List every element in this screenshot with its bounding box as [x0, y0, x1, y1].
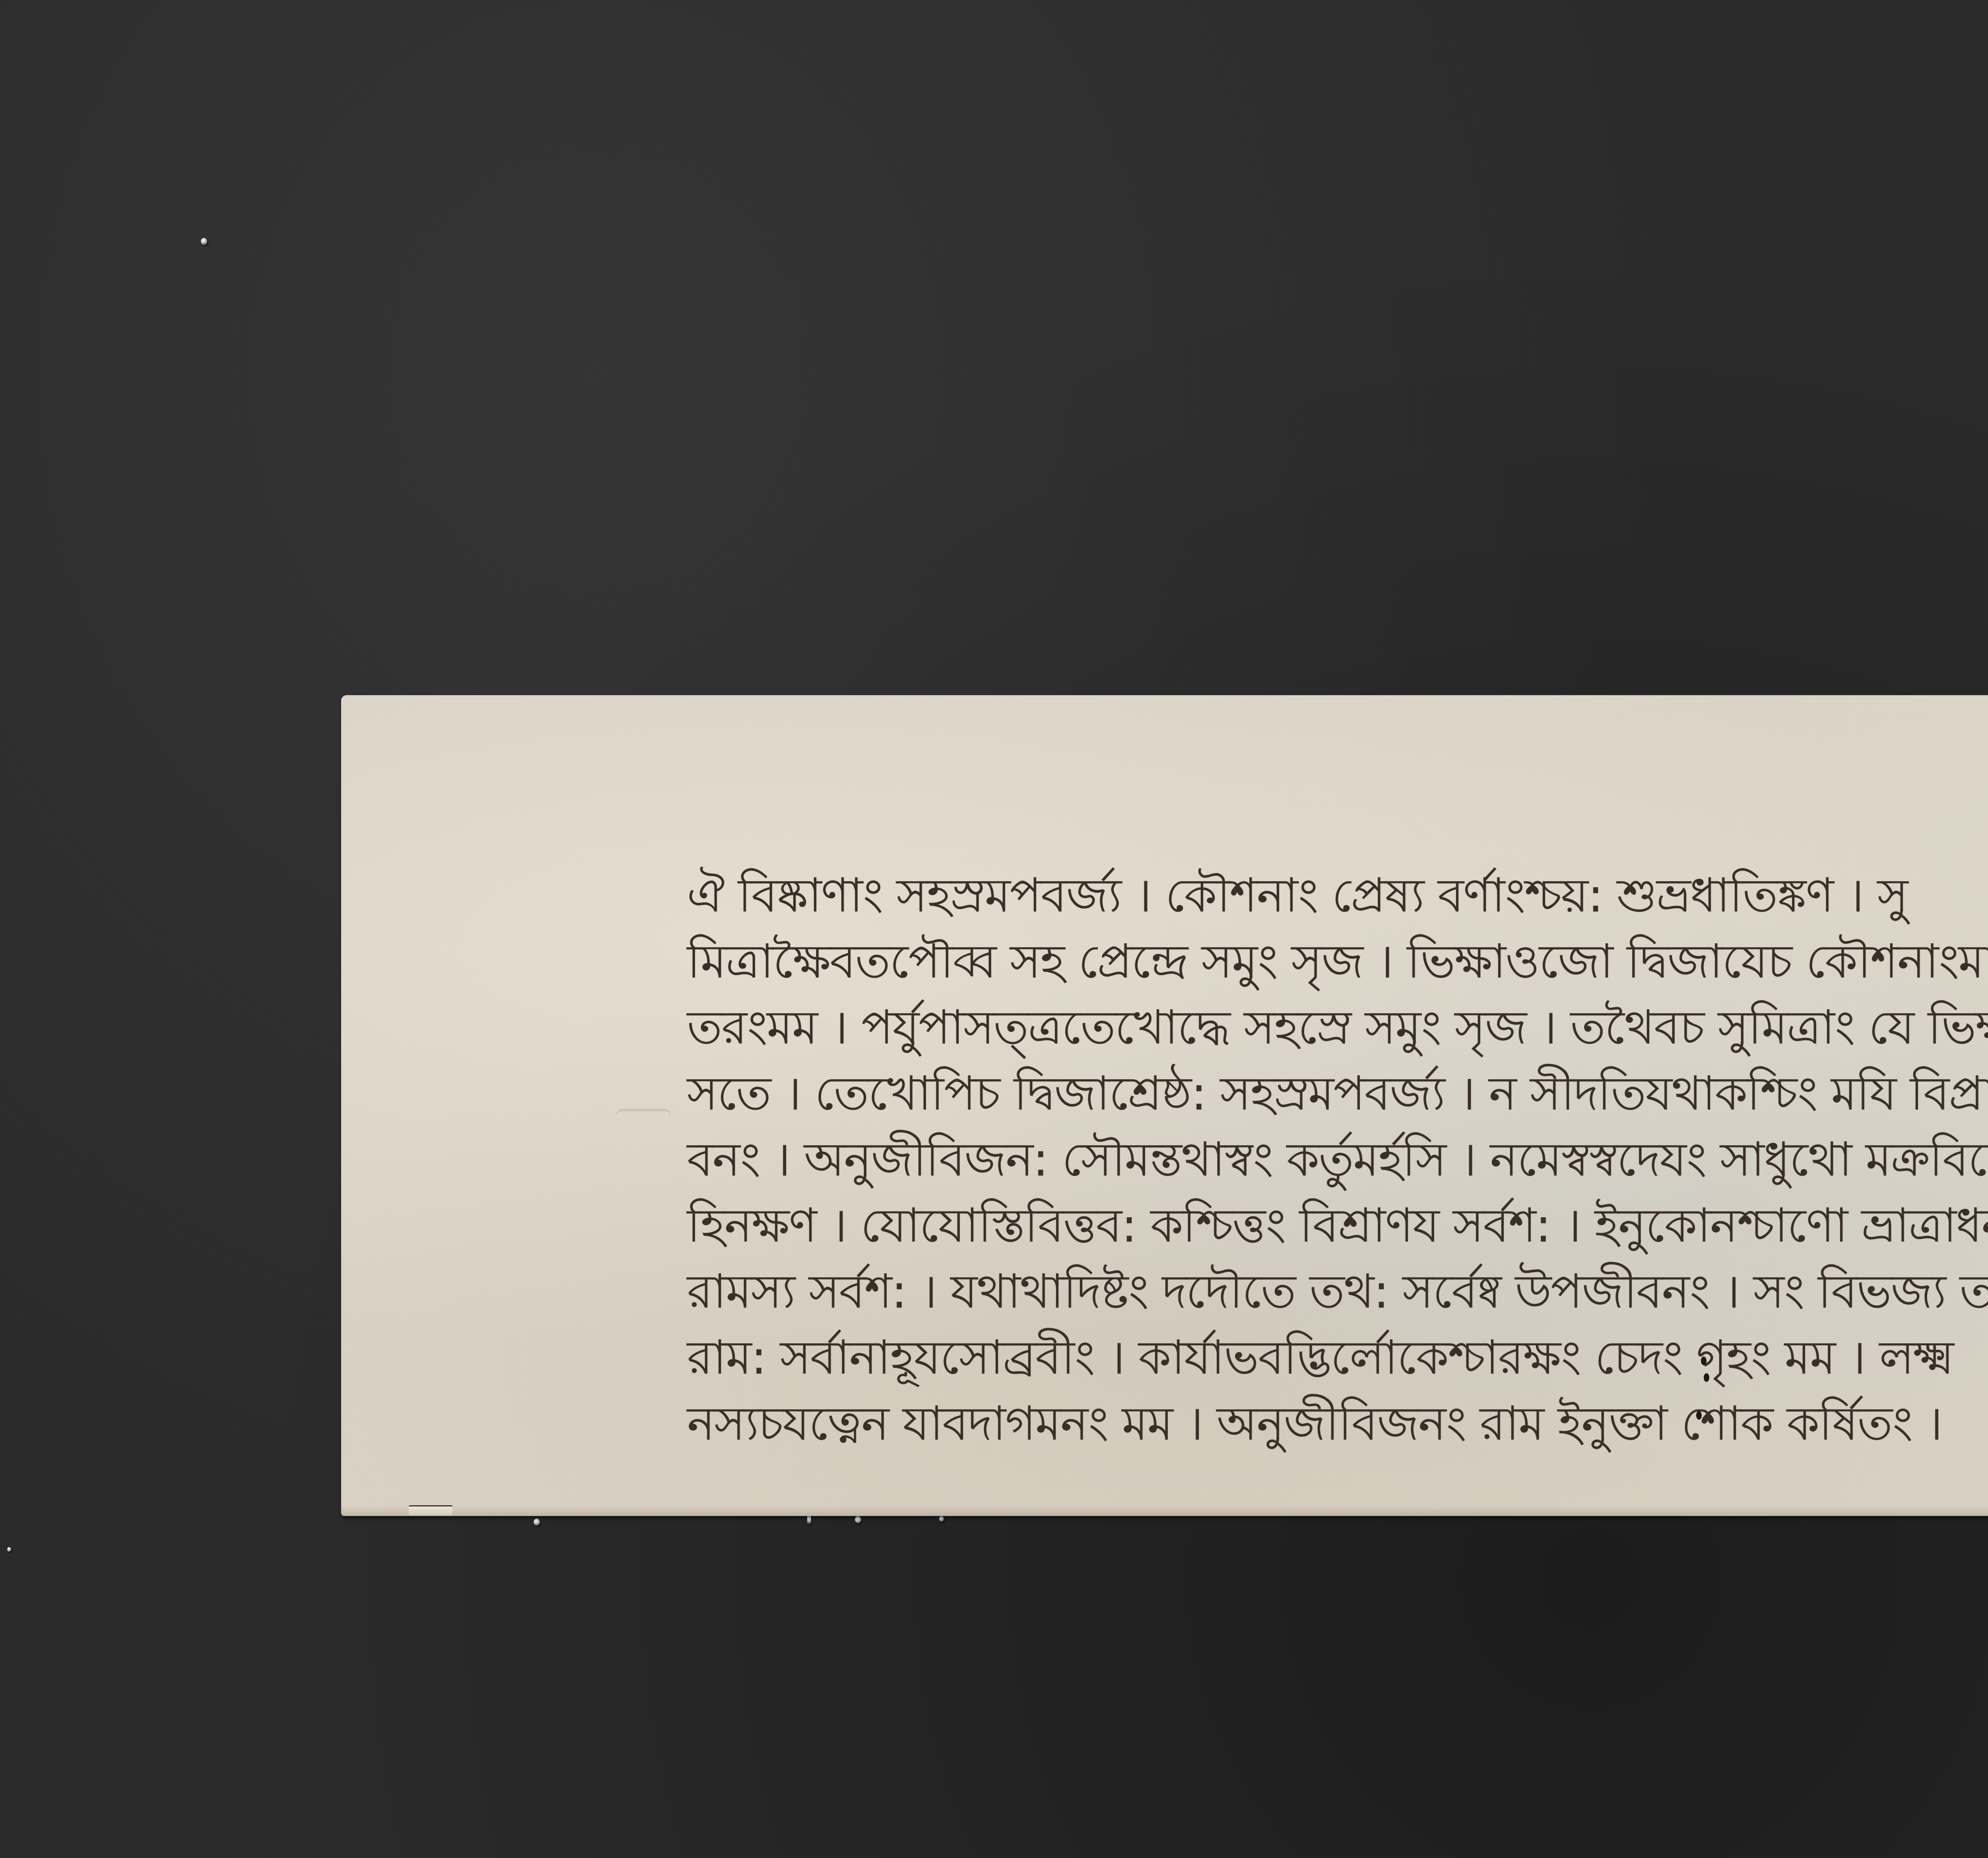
- text-line-3: তরংমম । পর্যুপাসত্ত্রতেখোদ্ধে সহস্রে সমু…: [687, 994, 1988, 1060]
- mounting-pin: [939, 1516, 944, 1522]
- manuscript-text-block: ঐ বিষ্কাণাং সহস্রমপবর্জ্য । কৌশনাং প্রেষ…: [687, 862, 1988, 1456]
- text-line-1: ঐ বিষ্কাণাং সহস্রমপবর্জ্য । কৌশনাং প্রেষ…: [687, 862, 1988, 928]
- text-line-6: হিনক্ষণ । যোযোস্তিবিত্তব: কশ্চিত্তং বিশ্…: [687, 1192, 1988, 1258]
- text-line-4: সতে । তেখোপিচ দ্বিজাশ্রেষ্ঠ: সহস্রমপবর্জ…: [687, 1060, 1988, 1126]
- text-line-2: মিত্রাক্ষৈবতপৌব্ব সহ প্রেন্দ্রে সমুং সৃজ…: [687, 928, 1988, 994]
- manuscript-folio: ঐ বিষ্কাণাং সহস্রমপবর্জ্য । কৌশনাং প্রেষ…: [341, 695, 1988, 1516]
- text-line-5: বনং । অনুজীবিজন: সৌমন্তথাস্বং কর্তুমর্হস…: [687, 1126, 1988, 1192]
- mounting-pin: [855, 1516, 861, 1523]
- text-line-9: নস্যচযত্নেন যাবদাগমনং মম । অনুজীবিজনং রা…: [687, 1390, 1988, 1456]
- ink-dot: [1696, 1411, 1702, 1420]
- faint-offset-mark: [615, 1109, 671, 1135]
- mounting-pin: [807, 1515, 811, 1524]
- torn-edge: [409, 1505, 452, 1515]
- mounting-pin: [7, 1547, 11, 1552]
- text-line-8: রাম: সর্বানাহূযসোব্রবীং । কার্যাভবদ্ভির্…: [687, 1324, 1988, 1390]
- ink-dot: [1701, 1357, 1706, 1365]
- mounting-pin: [201, 238, 207, 245]
- mounting-pin: [534, 1518, 540, 1526]
- ink-dot: [1704, 1373, 1709, 1382]
- text-line-7: রামস্য সর্বশ: । যথাথাদিষ্টং দদৌতে তথ: সর…: [687, 1258, 1988, 1324]
